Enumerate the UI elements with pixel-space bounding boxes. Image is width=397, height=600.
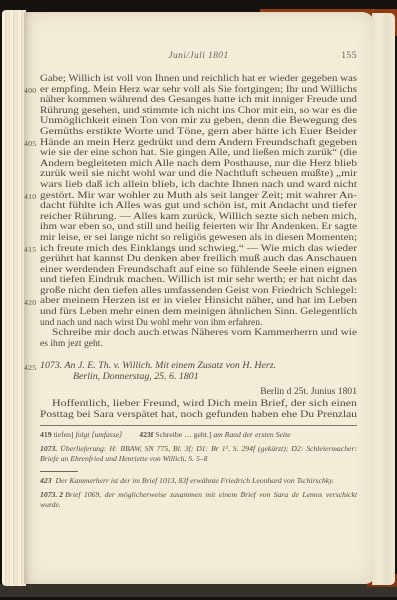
note-text: Brief 1069, der möglicherweise zusammen … <box>40 490 357 508</box>
text-line: Posttag bei Sara verspätet hat, noch gef… <box>40 410 357 421</box>
commentary-notes: 423Der Kammerherr ist der im Brief 1013,… <box>40 476 357 509</box>
margin-line-number: 405 <box>24 139 39 150</box>
margin-line-number: 400 <box>24 86 39 97</box>
margin-line-number: 410 <box>24 192 39 203</box>
running-header-title: Juni/Juli 1801 <box>40 51 357 61</box>
scan-bottom-shadow <box>0 584 397 597</box>
transmission-text: Überlieferung: H: BBAW, SN 775, Bl. 3f; … <box>40 444 357 462</box>
letter-heading-line1: 1073. An J. E. Th. v. Willich. Mit einem… <box>40 360 357 371</box>
page-stack-edge-left <box>2 10 26 586</box>
margin-line-number: 425 <box>24 362 39 373</box>
commentary-note: 423Der Kammerherr ist der im Brief 1013,… <box>40 476 357 485</box>
apparatus-rule <box>40 425 357 426</box>
margin-line-number: 415 <box>24 245 39 256</box>
page-number: 155 <box>341 51 357 61</box>
apparatus-entry: 419 tiefen] folgt ⟨umfasse⟩ <box>40 430 122 439</box>
note-ref: 1073. <box>40 490 57 499</box>
letter-1073-opening: Hoffentlich, lieber Freund, wird Dich me… <box>40 399 357 420</box>
transmission-letter-number: 1073. <box>40 444 57 453</box>
transmission-note: 1073.Überlieferung: H: BBAW, SN 775, Bl.… <box>40 444 357 463</box>
page-stack-edge-right <box>372 13 395 585</box>
apparatus-variants: 419 tiefen] folgt ⟨umfasse⟩423f Schreibe… <box>40 430 357 439</box>
letter-1072-text: Gabe; Willich ist voll von Ihnen und rei… <box>40 74 357 349</box>
apparatus-line-ref: 419 <box>40 430 52 439</box>
apparatus-note: am Rand der ersten Seite <box>213 430 290 439</box>
note-text: Der Kammerherr ist der im Brief 1013, 83… <box>56 476 335 485</box>
letter-1073-heading: 425 1073. An J. E. Th. v. Willich. Mit e… <box>40 360 357 382</box>
letter-dateline: Berlin d 25t. Junius 1801 <box>40 387 357 398</box>
apparatus-line-ref: 423f <box>139 430 153 439</box>
apparatus-lemma: tiefen] <box>53 430 73 439</box>
apparatus-lemma: Schreibe … geht.] <box>155 430 211 439</box>
critical-apparatus: 419 tiefen] folgt ⟨umfasse⟩423f Schreibe… <box>40 430 357 463</box>
commentary-note: 1073.2Brief 1069, der möglicherweise zus… <box>40 490 357 509</box>
apparatus-note: folgt ⟨umfasse⟩ <box>75 430 122 439</box>
page-content: Juni/Juli 1801 155 Gabe; Willich ist vol… <box>40 12 357 509</box>
text-line-content: Posttag bei Sara verspätet hat, noch gef… <box>40 410 357 421</box>
note-line-ref: 2 <box>59 490 63 499</box>
book-page: Juni/Juli 1801 155 Gabe; Willich ist vol… <box>24 12 375 584</box>
margin-line-number: 420 <box>24 298 39 309</box>
running-header: Juni/Juli 1801 155 <box>40 51 357 62</box>
text-line-content: es ihm jezt geht. <box>40 339 103 350</box>
commentary-rule <box>40 471 78 472</box>
text-line: es ihm jezt geht. <box>40 339 357 350</box>
letter-heading-line2: Berlin, Donnerstag, 25. 6. 1801 <box>73 371 357 382</box>
note-ref: 423 <box>40 476 52 485</box>
apparatus-entry: 423f Schreibe … geht.] am Rand der erste… <box>139 430 290 439</box>
